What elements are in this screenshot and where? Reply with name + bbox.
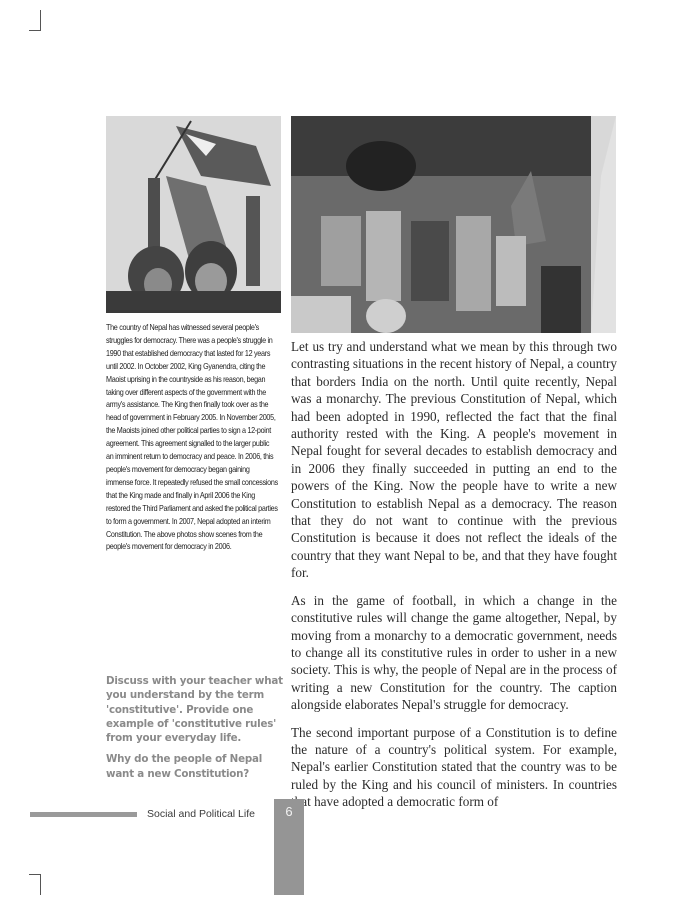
crop-mark-bottom-left xyxy=(29,874,41,895)
paragraph-nepal-history: Let us try and understand what we mean b… xyxy=(291,338,617,582)
footer-book-title: Social and Political Life xyxy=(147,808,255,820)
footer-rule xyxy=(30,812,137,817)
crowd-image-icon xyxy=(291,116,616,333)
discussion-question-constitutive: Discuss with your teacher what you under… xyxy=(106,674,286,745)
crop-mark-top-left xyxy=(29,10,41,31)
paragraph-football-analogy: As in the game of football, in which a c… xyxy=(291,592,617,714)
photo-caption: The country of Nepal has witnessed sever… xyxy=(106,321,278,553)
discussion-question-nepal: Why do the people of Nepal want a new Co… xyxy=(106,752,286,781)
main-body-text: Let us try and understand what we mean b… xyxy=(291,338,617,821)
photo-protesters-with-flag xyxy=(106,116,281,313)
paragraph-second-purpose: The second important purpose of a Consti… xyxy=(291,724,617,811)
page-number-tab: 6 xyxy=(274,799,304,895)
photo-crowd-on-street xyxy=(291,116,616,333)
page-number: 6 xyxy=(285,804,292,819)
discussion-questions: Discuss with your teacher what you under… xyxy=(106,674,286,788)
protest-flag-image-icon xyxy=(106,116,281,313)
